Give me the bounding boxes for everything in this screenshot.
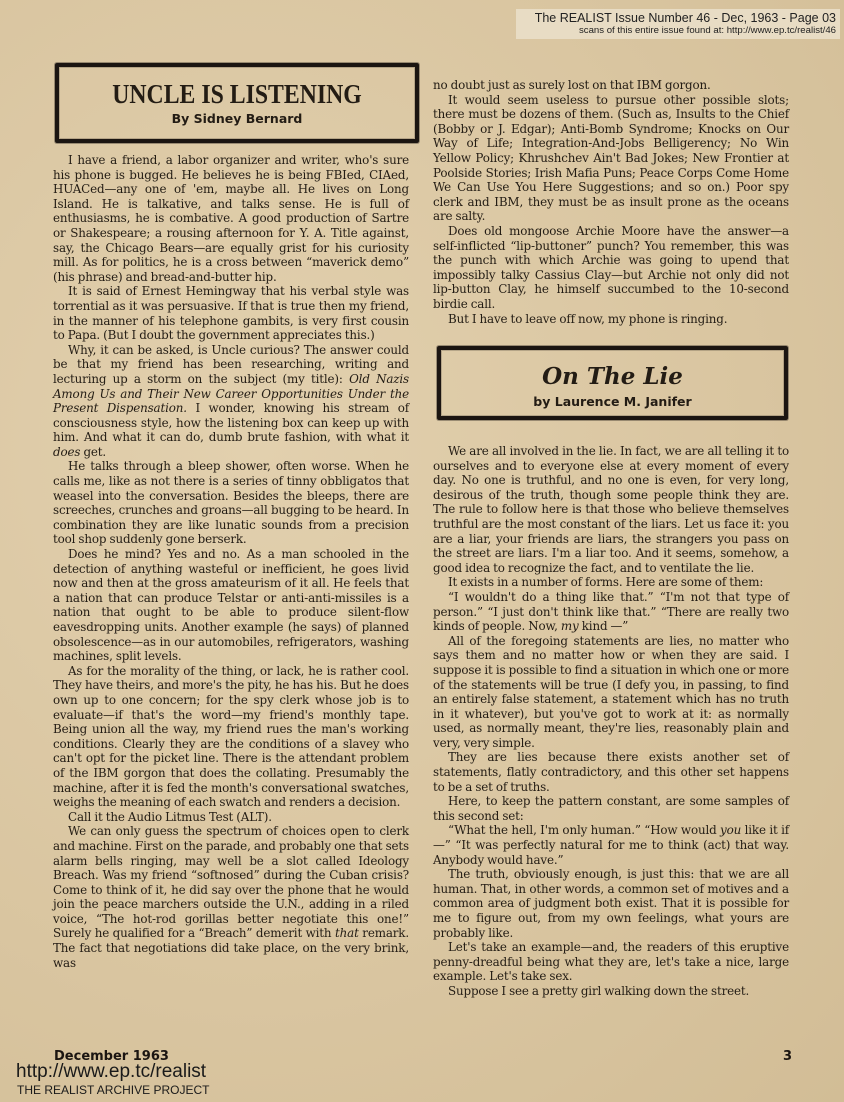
emphasis: my	[561, 619, 579, 633]
article2-body: We are all involved in the lie. In fact,…	[433, 444, 789, 999]
article1-byline: By Sidney Bernard	[59, 111, 415, 126]
paragraph-text: get.	[80, 445, 106, 459]
paragraph-text: kind —”	[579, 619, 629, 633]
page-number: 3	[783, 1049, 792, 1064]
paragraph: But I have to leave off now, my phone is…	[433, 312, 789, 327]
paragraph: He talks through a bleep shower, often w…	[53, 459, 409, 547]
paragraph-text: “What the hell, I'm only human.” “How wo…	[448, 823, 720, 837]
paragraph: They are lies because there exists anoth…	[433, 750, 789, 794]
article1-title-box: UNCLE IS LISTENING By Sidney Bernard	[55, 63, 419, 143]
issue-info: The REALIST Issue Number 46 - Dec, 1963 …	[516, 11, 836, 25]
paragraph: It exists in a number of forms. Here are…	[433, 575, 789, 590]
article2-title-box: On The Lie by Laurence M. Janifer	[437, 346, 788, 420]
article2-byline: by Laurence M. Janifer	[441, 394, 784, 409]
paragraph: Call it the Audio Litmus Test (ALT).	[53, 810, 409, 825]
paragraph: Why, it can be asked, is Uncle curious? …	[53, 343, 409, 460]
paragraph: We are all involved in the lie. In fact,…	[433, 444, 789, 575]
article1-column-right: no doubt just as surely lost on that IBM…	[433, 78, 789, 326]
paragraph: Does he mind? Yes and no. As a man schoo…	[53, 547, 409, 664]
paragraph: Does old mongoose Archie Moore have the …	[433, 224, 789, 312]
archive-project-name: THE REALIST ARCHIVE PROJECT	[17, 1083, 210, 1097]
article1-column-left: I have a friend, a labor organizer and w…	[53, 153, 409, 970]
article2-title: On The Lie	[441, 364, 784, 390]
paragraph: As for the morality of the thing, or lac…	[53, 664, 409, 810]
paragraph: It would seem useless to pursue other po…	[433, 93, 789, 224]
archive-banner: The REALIST Issue Number 46 - Dec, 1963 …	[516, 9, 840, 39]
paragraph: I have a friend, a labor organizer and w…	[53, 153, 409, 284]
paragraph: “I wouldn't do a thing like that.” “I'm …	[433, 590, 789, 634]
emphasis: does	[53, 445, 80, 459]
emphasis: you	[720, 823, 741, 837]
paragraph: It is said of Ernest Hemingway that his …	[53, 284, 409, 342]
paragraph: All of the foregoing statements are lies…	[433, 634, 789, 751]
paragraph: The truth, obviously enough, is just thi…	[433, 867, 789, 940]
scan-source-note: scans of this entire issue found at: htt…	[516, 25, 836, 37]
paragraph: “What the hell, I'm only human.” “How wo…	[433, 823, 789, 867]
article1-title: UNCLE IS LISTENING	[80, 80, 393, 108]
archive-url-link[interactable]: http://www.ep.tc/realist	[16, 1062, 206, 1082]
paragraph: Here, to keep the pattern constant, are …	[433, 794, 789, 823]
emphasis: that	[335, 926, 359, 940]
paragraph-text: We can only guess the spectrum of choice…	[53, 824, 409, 940]
paragraph: We can only guess the spectrum of choice…	[53, 824, 409, 970]
paragraph: Let's take an example—and, the readers o…	[433, 940, 789, 984]
paragraph: no doubt just as surely lost on that IBM…	[433, 78, 789, 93]
paragraph: Suppose I see a pretty girl walking down…	[433, 984, 789, 999]
